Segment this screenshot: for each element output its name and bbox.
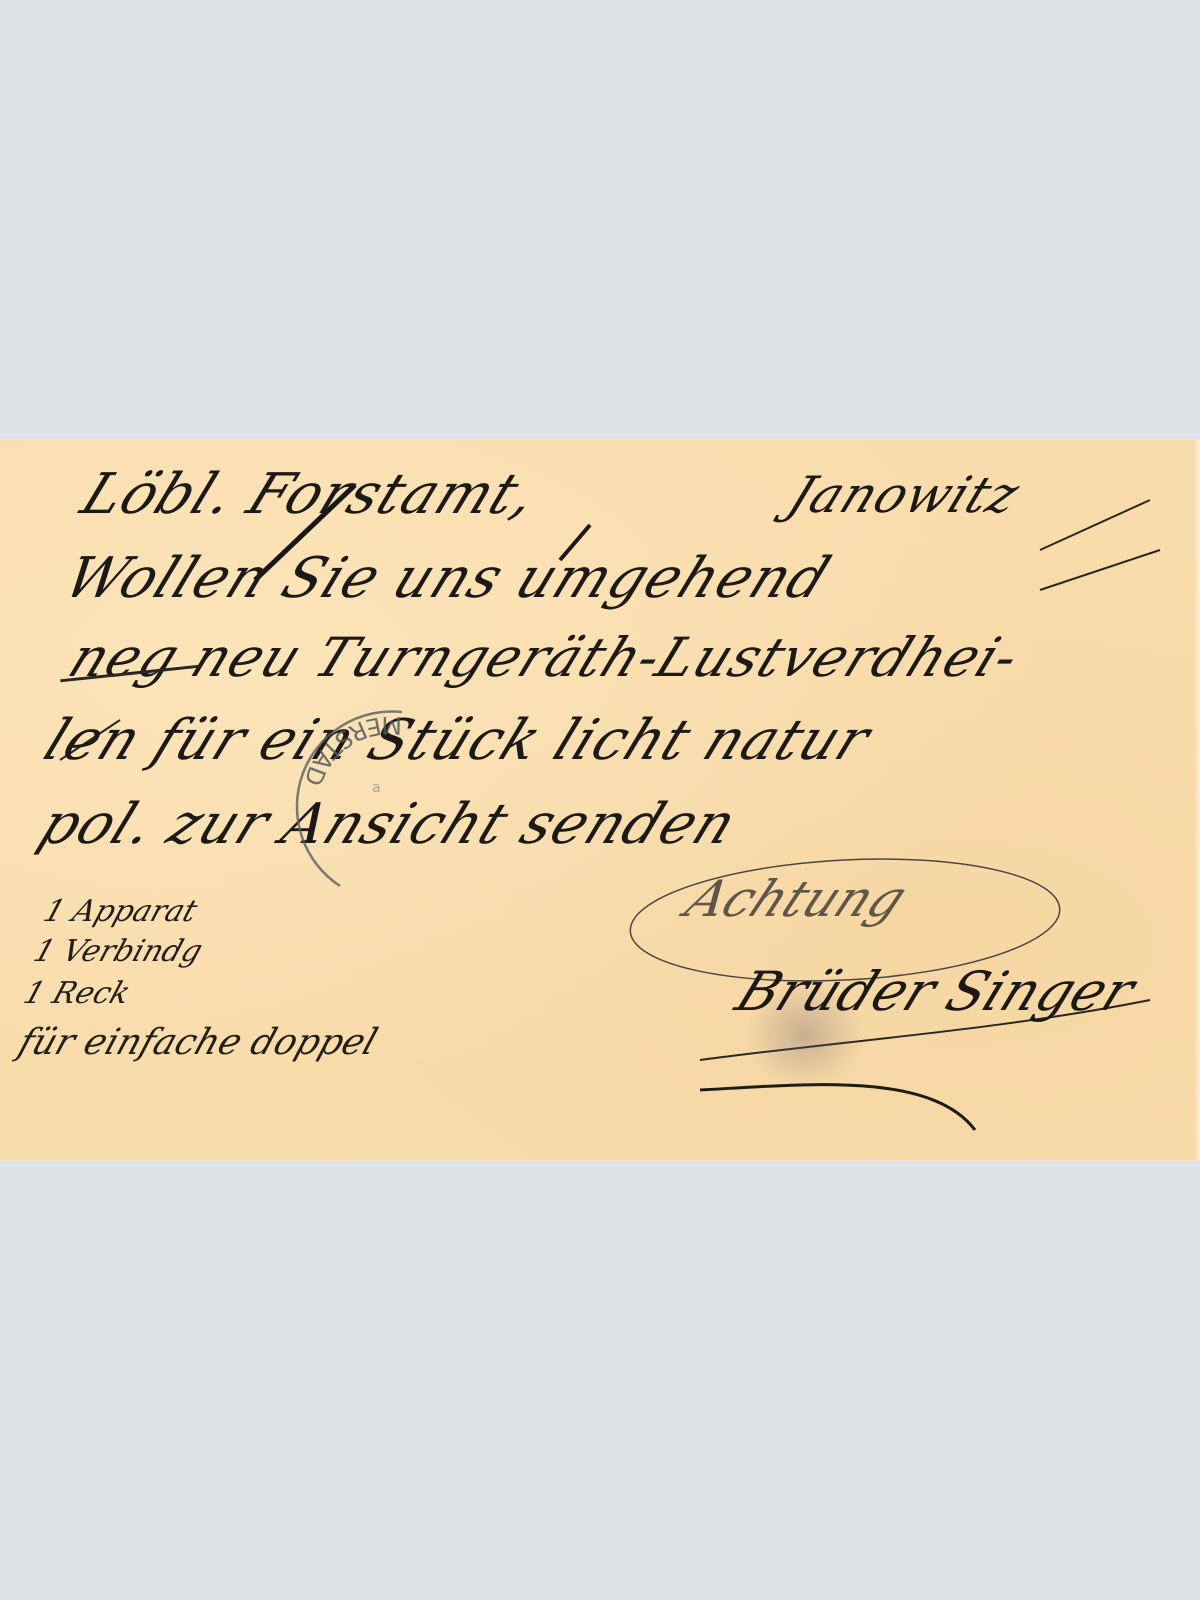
body-line-2: Wollen Sie uns umgehend xyxy=(55,546,840,611)
svg-text:a: a xyxy=(372,780,381,796)
signature: Brüder Singer xyxy=(727,960,1144,1023)
postmark-stamp-icon: MERSTAD a xyxy=(282,700,412,890)
margin-note-item: 1 Reck xyxy=(19,976,134,1011)
svg-text:MERSTAD: MERSTAD xyxy=(298,711,403,792)
body-line-3: neg neu Turngeräth-Lustverdhei- xyxy=(60,626,1029,689)
margin-note-item: 1 Apparat xyxy=(39,894,201,929)
postcard: Löbl. Forstamt, Janowitz Wollen Sie uns … xyxy=(0,440,1200,1160)
place-name: Janowitz xyxy=(780,466,1029,524)
postmark-text: MERSTAD xyxy=(298,711,403,792)
margin-note-item: für einfache doppel xyxy=(13,1022,382,1063)
closing-phrase: Achtung xyxy=(676,870,916,928)
salutation-line: Löbl. Forstamt, xyxy=(72,462,548,527)
body-line-4: len für ein Stück licht natur xyxy=(35,708,880,773)
margin-note-item: 1 Verbindg xyxy=(29,934,207,969)
